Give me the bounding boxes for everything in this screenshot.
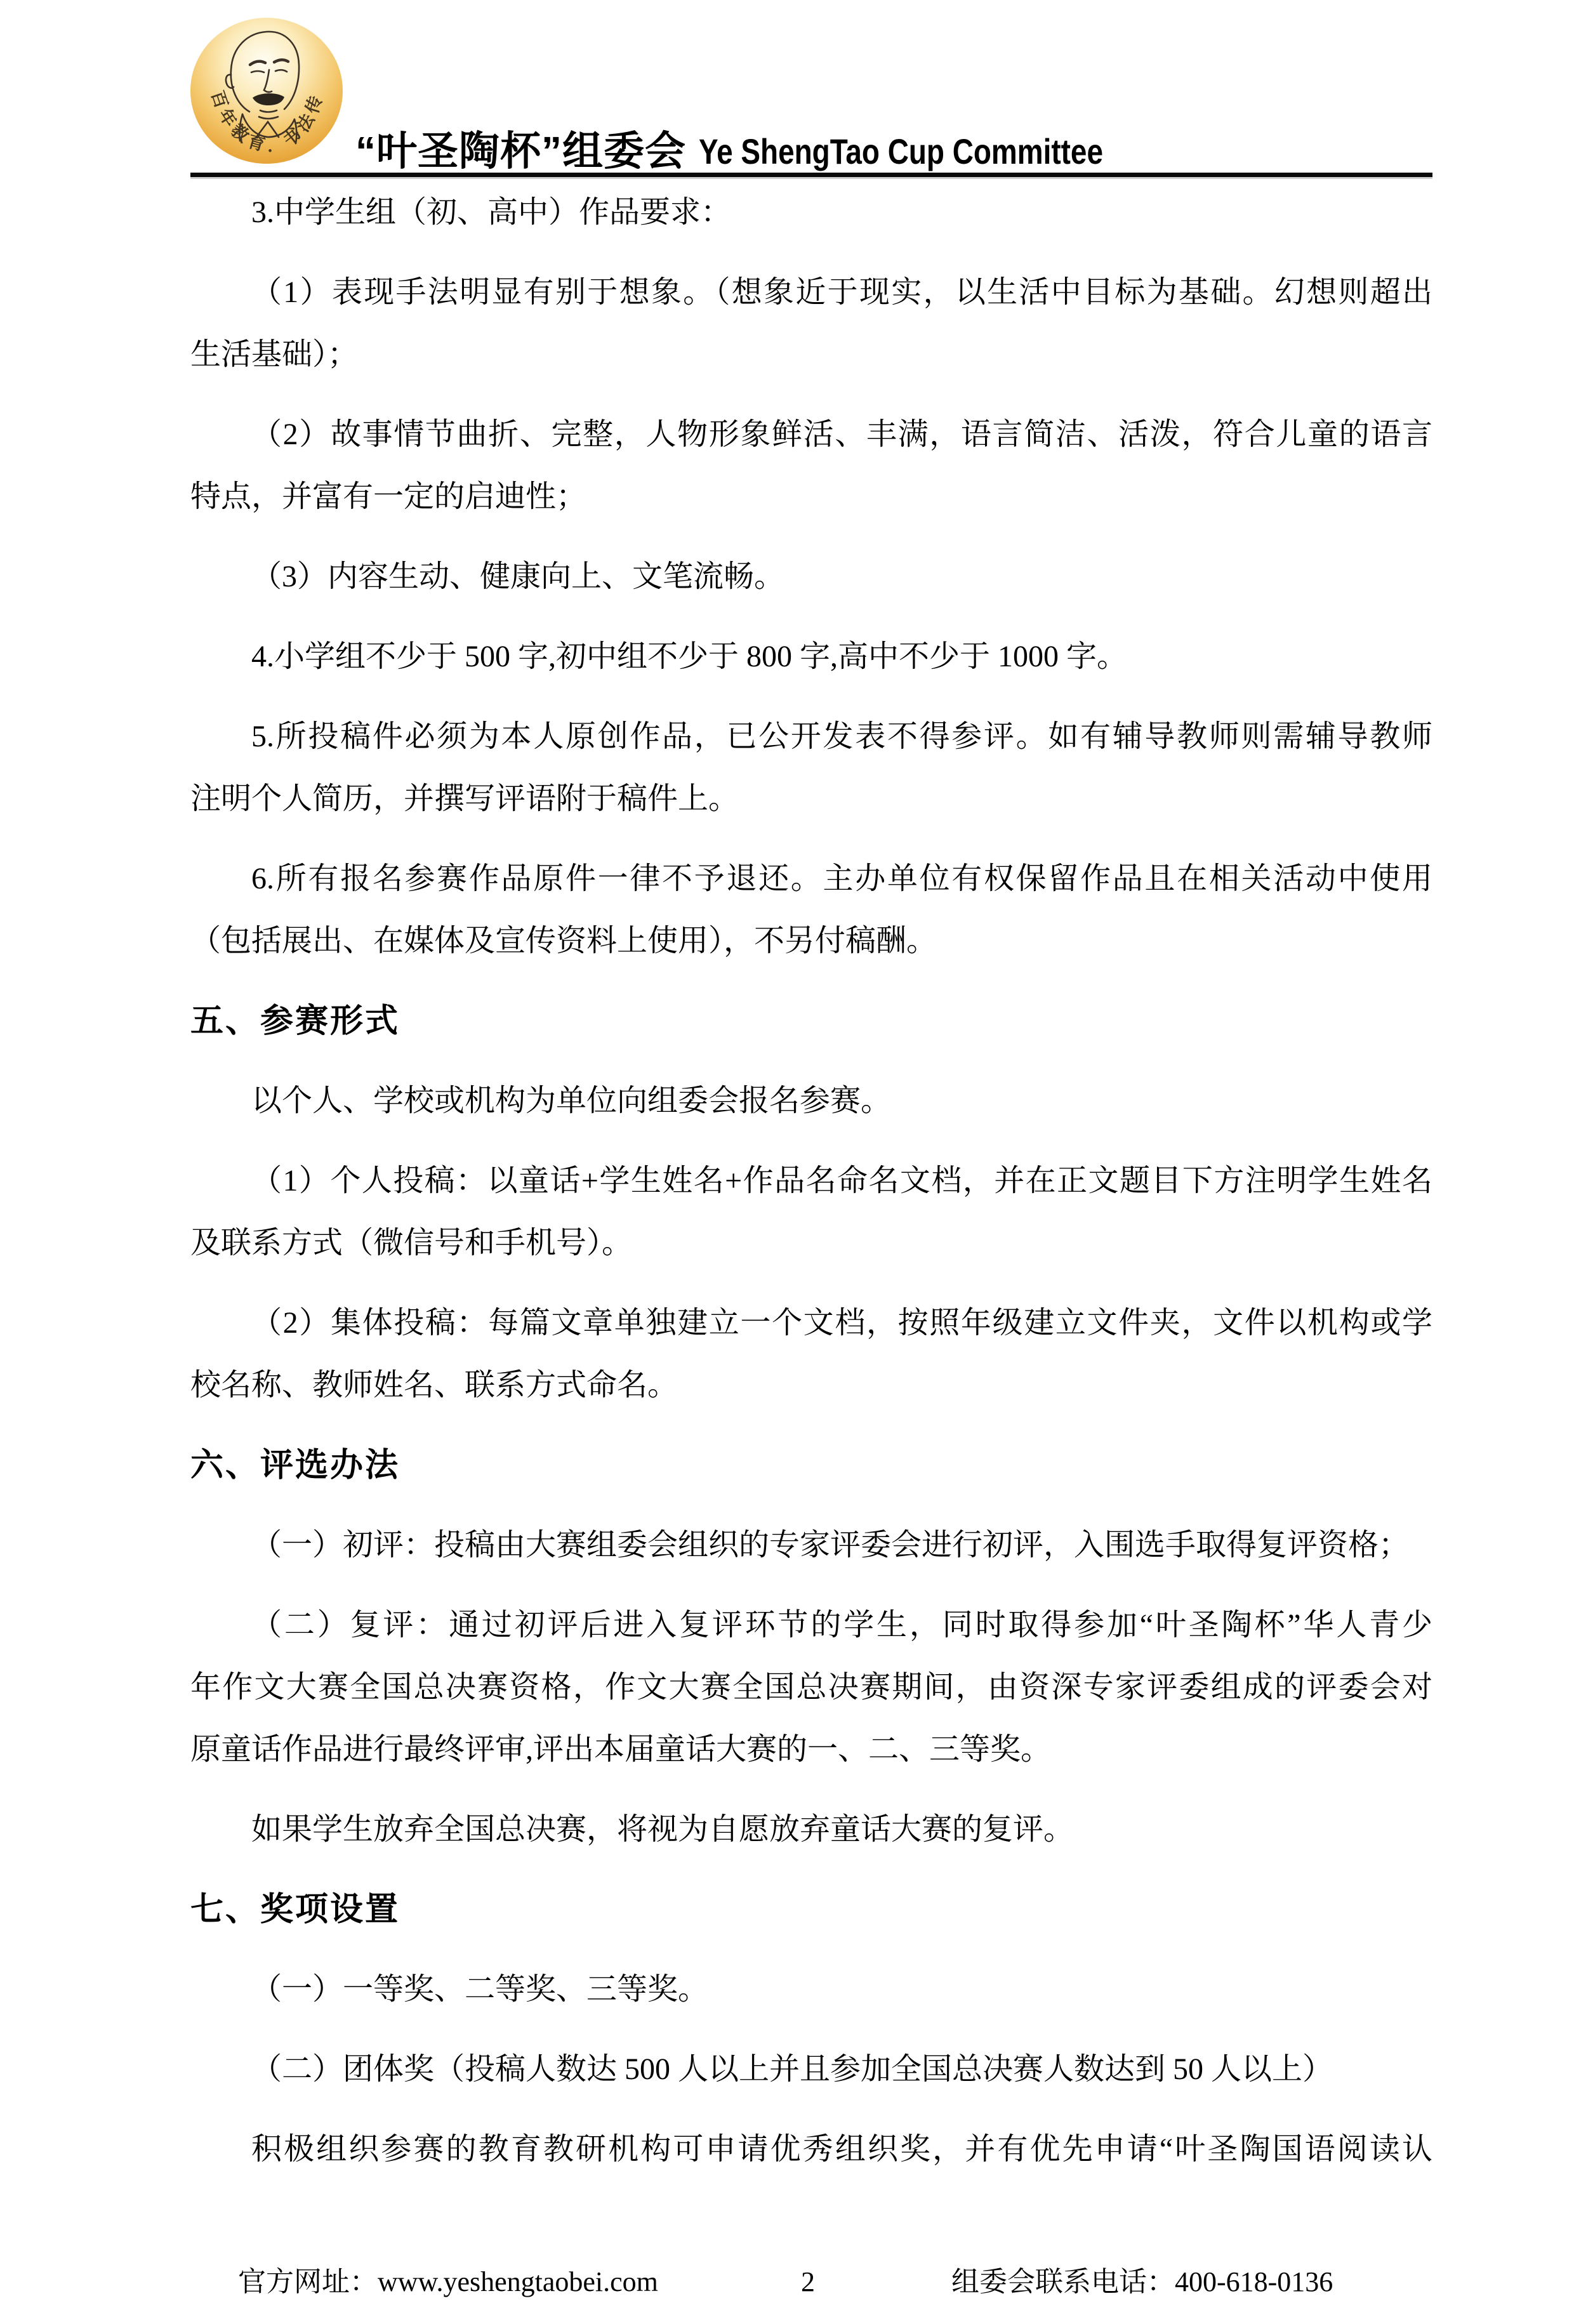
committee-title-chinese: “叶圣陶杯”组委会 (355, 127, 686, 175)
paragraph: （2）集体投稿：每篇文章单独建立一个文档，按照年级建立文件夹，文件以机构或学校名… (190, 1292, 1432, 1416)
page-number: 2 (801, 2263, 815, 2301)
paragraph: 如果学生放弃全国总决赛，将视为自愿放弃童话大赛的复评。 (190, 1799, 1432, 1861)
text-line: （一）一等奖、二等奖、三等奖。 (190, 1958, 1432, 2021)
committee-title-english: Ye ShengTao Cup Committee (699, 128, 1103, 175)
text-line: （1）个人投稿：以童话+学生姓名+作品名命名文档，并在正文题目下方注明学生姓名 (190, 1150, 1432, 1212)
text-line: （二）复评：通过初评后进入复评环节的学生，同时取得参加“叶圣陶杯”华人青少 (190, 1594, 1432, 1656)
committee-title: “叶圣陶杯”组委会 Ye ShengTao Cup Committee (355, 123, 1192, 175)
header-divider (190, 173, 1432, 177)
text-line: 如果学生放弃全国总决赛，将视为自愿放弃童话大赛的复评。 (190, 1799, 1432, 1861)
text-line: （二）团体奖（投稿人数达 500 人以上并且参加全国总决赛人数达到 50 人以上… (190, 2038, 1432, 2101)
text-line: （2）故事情节曲折、完整，人物形象鲜活、丰满，语言简洁、活泼，符合儿童的语言 (190, 404, 1432, 466)
paragraph: 以个人、学校或机构为单位向组委会报名参赛。 (190, 1070, 1432, 1132)
paragraph: （3）内容生动、健康向上、文笔流畅。 (190, 546, 1432, 608)
text-line: 注明个人简历，并撰写评语附于稿件上。 (190, 768, 1432, 830)
paragraph: （1）个人投稿：以童话+学生姓名+作品名命名文档，并在正文题目下方注明学生姓名及… (190, 1150, 1432, 1274)
text-line: 六、评选办法 (190, 1434, 1432, 1496)
paragraph: 3.中学生组（初、高中）作品要求： (190, 182, 1432, 244)
text-line: 原童话作品进行最终评审,评出本届童话大赛的一、二、三等奖。 (190, 1719, 1432, 1781)
text-line: 特点，并富有一定的启迪性； (190, 466, 1432, 528)
footer-website: 官方网址：www.yeshengtaobei.com (238, 2263, 658, 2301)
text-line: （包括展出、在媒体及宣传资料上使用），不另付稿酬。 (190, 910, 1432, 972)
paragraph: （一）一等奖、二等奖、三等奖。 (190, 1958, 1432, 2021)
footer-phone: 组委会联系电话：400-618-0136 (951, 2263, 1333, 2301)
paragraph: 4.小学组不少于 500 字,初中组不少于 800 字,高中不少于 1000 字… (190, 626, 1432, 688)
paragraph: 5.所投稿件必须为本人原创作品，已公开发表不得参评。如有辅导教师则需辅导教师注明… (190, 706, 1432, 830)
document-body: 3.中学生组（初、高中）作品要求：（1）表现手法明显有别于想象。（想象近于现实，… (190, 182, 1432, 2181)
paragraph: （二）团体奖（投稿人数达 500 人以上并且参加全国总决赛人数达到 50 人以上… (190, 2038, 1432, 2101)
text-line: 年作文大赛全国总决赛资格，作文大赛全国总决赛期间，由资深专家评委组成的评委会对 (190, 1656, 1432, 1719)
paragraph: 积极组织参赛的教育教研机构可申请优秀组织奖，并有优先申请“叶圣陶国语阅读认 (190, 2118, 1432, 2181)
section-heading: 五、参赛形式 (190, 990, 1432, 1052)
text-line: 校名称、教师姓名、联系方式命名。 (190, 1354, 1432, 1416)
yeshengtao-logo-icon: 百年教育．书法传承 (189, 17, 344, 165)
text-line: （3）内容生动、健康向上、文笔流畅。 (190, 546, 1432, 608)
text-line: 五、参赛形式 (190, 990, 1432, 1052)
section-heading: 六、评选办法 (190, 1434, 1432, 1496)
text-line: 5.所投稿件必须为本人原创作品，已公开发表不得参评。如有辅导教师则需辅导教师 (190, 706, 1432, 768)
text-line: 生活基础）； (190, 324, 1432, 386)
text-line: 3.中学生组（初、高中）作品要求： (190, 182, 1432, 244)
text-line: （2）集体投稿：每篇文章单独建立一个文档，按照年级建立文件夹，文件以机构或学 (190, 1292, 1432, 1354)
text-line: （1）表现手法明显有别于想象。（想象近于现实，以生活中目标为基础。幻想则超出 (190, 261, 1432, 324)
text-line: 以个人、学校或机构为单位向组委会报名参赛。 (190, 1070, 1432, 1132)
text-line: （一）初评：投稿由大赛组委会组织的专家评委会进行初评，入围选手取得复评资格； (190, 1514, 1432, 1576)
section-heading: 七、奖项设置 (190, 1878, 1432, 1941)
paragraph: （2）故事情节曲折、完整，人物形象鲜活、丰满，语言简洁、活泼，符合儿童的语言特点… (190, 404, 1432, 528)
document-page: 百年教育．书法传承 “叶圣陶杯”组委会 Ye ShengTao Cup Comm… (0, 0, 1574, 2324)
paragraph: （1）表现手法明显有别于想象。（想象近于现实，以生活中目标为基础。幻想则超出生活… (190, 261, 1432, 386)
paragraph: （二）复评：通过初评后进入复评环节的学生，同时取得参加“叶圣陶杯”华人青少年作文… (190, 1594, 1432, 1781)
text-line: 七、奖项设置 (190, 1878, 1432, 1941)
paragraph: 6.所有报名参赛作品原件一律不予退还。主办单位有权保留作品且在相关活动中使用（包… (190, 848, 1432, 972)
text-line: 4.小学组不少于 500 字,初中组不少于 800 字,高中不少于 1000 字… (190, 626, 1432, 688)
paragraph: （一）初评：投稿由大赛组委会组织的专家评委会进行初评，入围选手取得复评资格； (190, 1514, 1432, 1576)
text-line: 积极组织参赛的教育教研机构可申请优秀组织奖，并有优先申请“叶圣陶国语阅读认 (190, 2118, 1432, 2181)
text-line: 6.所有报名参赛作品原件一律不予退还。主办单位有权保留作品且在相关活动中使用 (190, 848, 1432, 910)
text-line: 及联系方式（微信号和手机号）。 (190, 1212, 1432, 1274)
